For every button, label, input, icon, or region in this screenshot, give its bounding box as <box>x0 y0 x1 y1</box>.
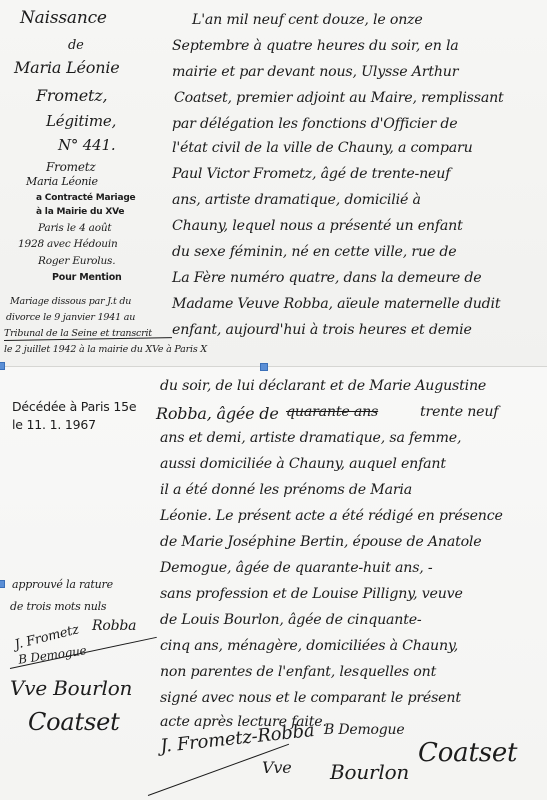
margin-signature-officer: Coatset <box>28 708 120 736</box>
marriage-stamp-line1: a Contracté Mariage <box>36 193 135 203</box>
body-line-16: ans et demi, artiste dramatique, sa femm… <box>160 430 461 446</box>
body-line-23: de Louis Bourlon, âgée de cinquante- <box>160 612 422 628</box>
body-line-6: l'état civil de la ville de Chauny, a co… <box>172 140 473 156</box>
marriage-year-spouse: 1928 avec Hédouin <box>18 238 118 250</box>
divorce-line-2: divorce le 9 janvier 1941 au <box>6 312 135 323</box>
document-page: Naissance de Maria Léonie Frometz, Légit… <box>0 0 547 800</box>
divorce-line-4: le 2 juillet 1942 à la mairie du XVe à P… <box>4 344 207 355</box>
approval-note-line2: de trois mots nuls <box>10 600 106 613</box>
body-line-10: du sexe féminin, né en cette ville, rue … <box>172 244 456 260</box>
body-line-13: enfant, aujourd'hui à trois heures et de… <box>172 322 472 338</box>
body-line-8: ans, artiste dramatique, domicilié à <box>172 192 421 208</box>
body-line-2: Septembre à quatre heures du soir, en la <box>172 38 459 54</box>
body-line-21: Demogue, âgée de quarante-huit ans, - <box>160 560 433 576</box>
body-line-19: Léonie. Le présent acte a été rédigé en … <box>160 508 503 524</box>
signature-vve: Vve <box>262 758 291 777</box>
margin-signature-robba: Robba <box>92 618 136 634</box>
margin-record-number: N° 441. <box>58 136 115 154</box>
approval-note-line1: approuvé la rature <box>12 578 113 591</box>
divorce-line-1: Mariage dissous par J.t du <box>10 296 131 307</box>
body-line-12: Madame Veuve Robba, aïeule maternelle du… <box>172 296 500 312</box>
margin-surname: Frometz, <box>36 86 107 105</box>
margin-annotation-given-names: Maria Léonie <box>26 175 98 188</box>
margin-title: Naissance <box>20 8 107 28</box>
body-line-4: Coatset, premier adjoint au Maire, rempl… <box>174 90 504 106</box>
body-line-11: La Fère numéro quatre, dans la demeure d… <box>172 270 481 286</box>
margin-given-names: Maria Léonie <box>14 58 120 77</box>
signature-demogue: B Demogue <box>324 722 404 738</box>
margin-signature-vve-bourlon: Vve Bourlon <box>10 676 132 700</box>
body-line-26: signé avec nous et le comparant le prése… <box>160 690 461 706</box>
margin-annotation-surname: Frometz <box>46 160 96 174</box>
margin-de: de <box>68 38 84 53</box>
body-line-24: cinq ans, ménagère, domiciliées à Chauny… <box>160 638 458 654</box>
body-line-22: sans profession et de Louise Pilligny, v… <box>160 586 463 602</box>
marriage-spouse-name: Roger Eurolus. <box>38 255 115 267</box>
death-mention-line1: Décédée à Paris 15e <box>12 399 136 414</box>
struck-words: quarante ans <box>286 404 378 420</box>
body-line-7: Paul Victor Frometz, âgé de trente-neuf <box>172 166 450 182</box>
signature-bourlon: Bourlon <box>330 760 409 784</box>
selection-handle-center[interactable] <box>260 363 268 371</box>
body-line-5: par délégation les fonctions d'Officier … <box>172 116 457 132</box>
margin-legitimacy: Légitime, <box>46 112 116 130</box>
body-line-25: non parentes de l'enfant, lesquelles ont <box>160 664 436 680</box>
body-line-15-end: trente neuf <box>420 404 498 420</box>
body-line-1: L'an mil neuf cent douze, le onze <box>192 12 423 28</box>
body-line-14: du soir, de lui déclarant et de Marie Au… <box>160 378 486 394</box>
pour-mention-stamp: Pour Mention <box>52 272 122 283</box>
body-line-18: il a été donné les prénoms de Maria <box>160 482 412 498</box>
marriage-place-date: Paris le 4 août <box>38 222 111 234</box>
body-line-17: aussi domiciliée à Chauny, auquel enfant <box>160 456 446 472</box>
signature-officer: Coatset <box>418 738 517 768</box>
body-line-15-start: Robba, âgée de <box>156 404 279 423</box>
body-line-9: Chauny, lequel nous a présenté un enfant <box>172 218 463 234</box>
death-mention-line2: le 11. 1. 1967 <box>12 417 96 432</box>
selection-handle-left-top[interactable] <box>0 362 5 370</box>
marriage-stamp-line2: à la Mairie du XVe <box>36 207 124 217</box>
body-line-20: de Marie Joséphine Bertin, épouse de Ana… <box>160 534 481 550</box>
selection-handle-left-bottom[interactable] <box>0 580 5 588</box>
body-line-3: mairie et par devant nous, Ulysse Arthur <box>172 64 458 80</box>
